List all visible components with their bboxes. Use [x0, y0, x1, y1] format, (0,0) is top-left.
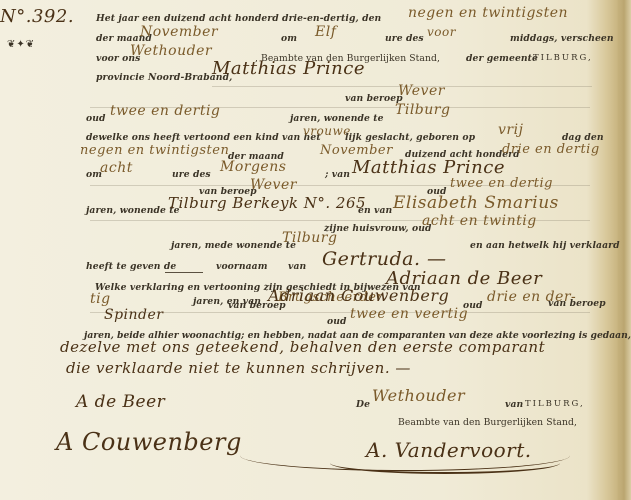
hand-declaration-month: November [140, 24, 218, 40]
hand-birth-hour: acht [100, 160, 133, 176]
register-page: N°.392. ❦✦❦ Het jaar een duizend acht ho… [0, 0, 631, 500]
hand-declaration-hour: Elf [315, 24, 336, 40]
entry-number: N°.392. [0, 6, 74, 27]
printed-text: Het jaar een duizend acht honderd drie-e… [96, 13, 381, 24]
hand-illiteracy-statement: die verklaarde niet te kunnen schrijven.… [66, 359, 411, 377]
hand-father-name: Matthias Prince [352, 157, 505, 178]
printed-text: jaren, wonende te [290, 113, 384, 124]
printed-text: middags, verscheen [510, 33, 614, 44]
printed-municipality: TILBURG, [525, 399, 585, 409]
hand-father-occupation: Wever [250, 177, 297, 193]
printed-text: Beambte van den Burgerlijken Stand, [398, 417, 577, 428]
hand-declarant-age: twee en dertig [110, 103, 220, 119]
hand-witness1-age-cont: tig [90, 291, 111, 307]
hand-declaration-part: voor [427, 25, 456, 39]
hand-witness2-name: Adriaan Couwenberg [268, 286, 449, 305]
hand-declarant-occupation: Wever [398, 83, 445, 99]
printed-text: lijk geslacht, geboren op [345, 132, 475, 143]
hand-birth-date: negen en twintigsten [80, 143, 229, 158]
printed-text: oud [86, 113, 106, 124]
printed-text: dewelke ons heeft vertoond een kind van … [86, 132, 321, 143]
printed-text: ure des [172, 169, 211, 180]
hand-birth-day: negen en twintigsten [408, 5, 568, 21]
hand-father-address: Tilburg Berkeyk N°. 265 [168, 194, 366, 212]
hand-signing-statement: dezelve met ons geteekend, behalven den … [60, 338, 545, 356]
printed-text: voornaam [216, 261, 268, 272]
printed-text: ; van [325, 169, 350, 180]
hand-closing-title: Wethouder [372, 386, 465, 405]
hand-father-age: twee en dertig [450, 176, 553, 191]
hand-mother-name: Elisabeth Smarius [393, 193, 559, 213]
printed-text: en aan hetwelk hij verklaard [470, 240, 620, 251]
signature-witness1: A de Beer [76, 392, 165, 412]
hand-official-title: Wethouder [130, 43, 212, 59]
ornament-icon: ❦✦❦ [7, 39, 35, 50]
printed-text: jaren, mede wonende te [171, 240, 296, 251]
hand-declarant-name: Matthias Prince [212, 58, 365, 79]
form-rule [90, 312, 590, 313]
printed-text: van [288, 261, 306, 272]
hand-birth-daypart: Morgens [220, 159, 286, 175]
printed-text: De [356, 399, 370, 410]
printed-text: ure des [385, 33, 424, 44]
printed-text: heeft te geven de [86, 261, 176, 272]
hand-witness2-occupation: Spinder [104, 307, 164, 323]
printed-text: oud [327, 316, 347, 327]
hand-child-given-name: Gertruda. — [322, 248, 447, 270]
hand-mother-residence: Tilburg [282, 230, 337, 246]
printed-text: jaren, wonende te [86, 205, 180, 216]
signature-underline [330, 452, 560, 474]
hand-birth-weekday: vrij [498, 122, 523, 138]
hand-birth-year: drie en dertig [502, 142, 600, 157]
printed-text: zijne huisvrouw, oud [324, 223, 432, 234]
hand-child-sex: vrouwe [303, 124, 351, 138]
printed-text: van [505, 399, 523, 410]
printed-text: van beroep [548, 298, 606, 309]
printed-text: en van [358, 205, 392, 216]
printed-text: jaren, en van [193, 296, 261, 307]
signature-witness2: A Couwenberg [56, 428, 242, 456]
printed-municipality: TILBURG, [533, 53, 593, 63]
hand-declarant-residence: Tilburg [395, 102, 450, 118]
hand-birth-month: November [320, 143, 393, 158]
printed-text: om [281, 33, 297, 44]
blank-line [165, 272, 203, 273]
printed-text: der gemeente [466, 53, 538, 64]
hand-witness2-age: twee en veertig [350, 306, 468, 322]
hand-mother-age: acht en twintig [422, 213, 537, 229]
